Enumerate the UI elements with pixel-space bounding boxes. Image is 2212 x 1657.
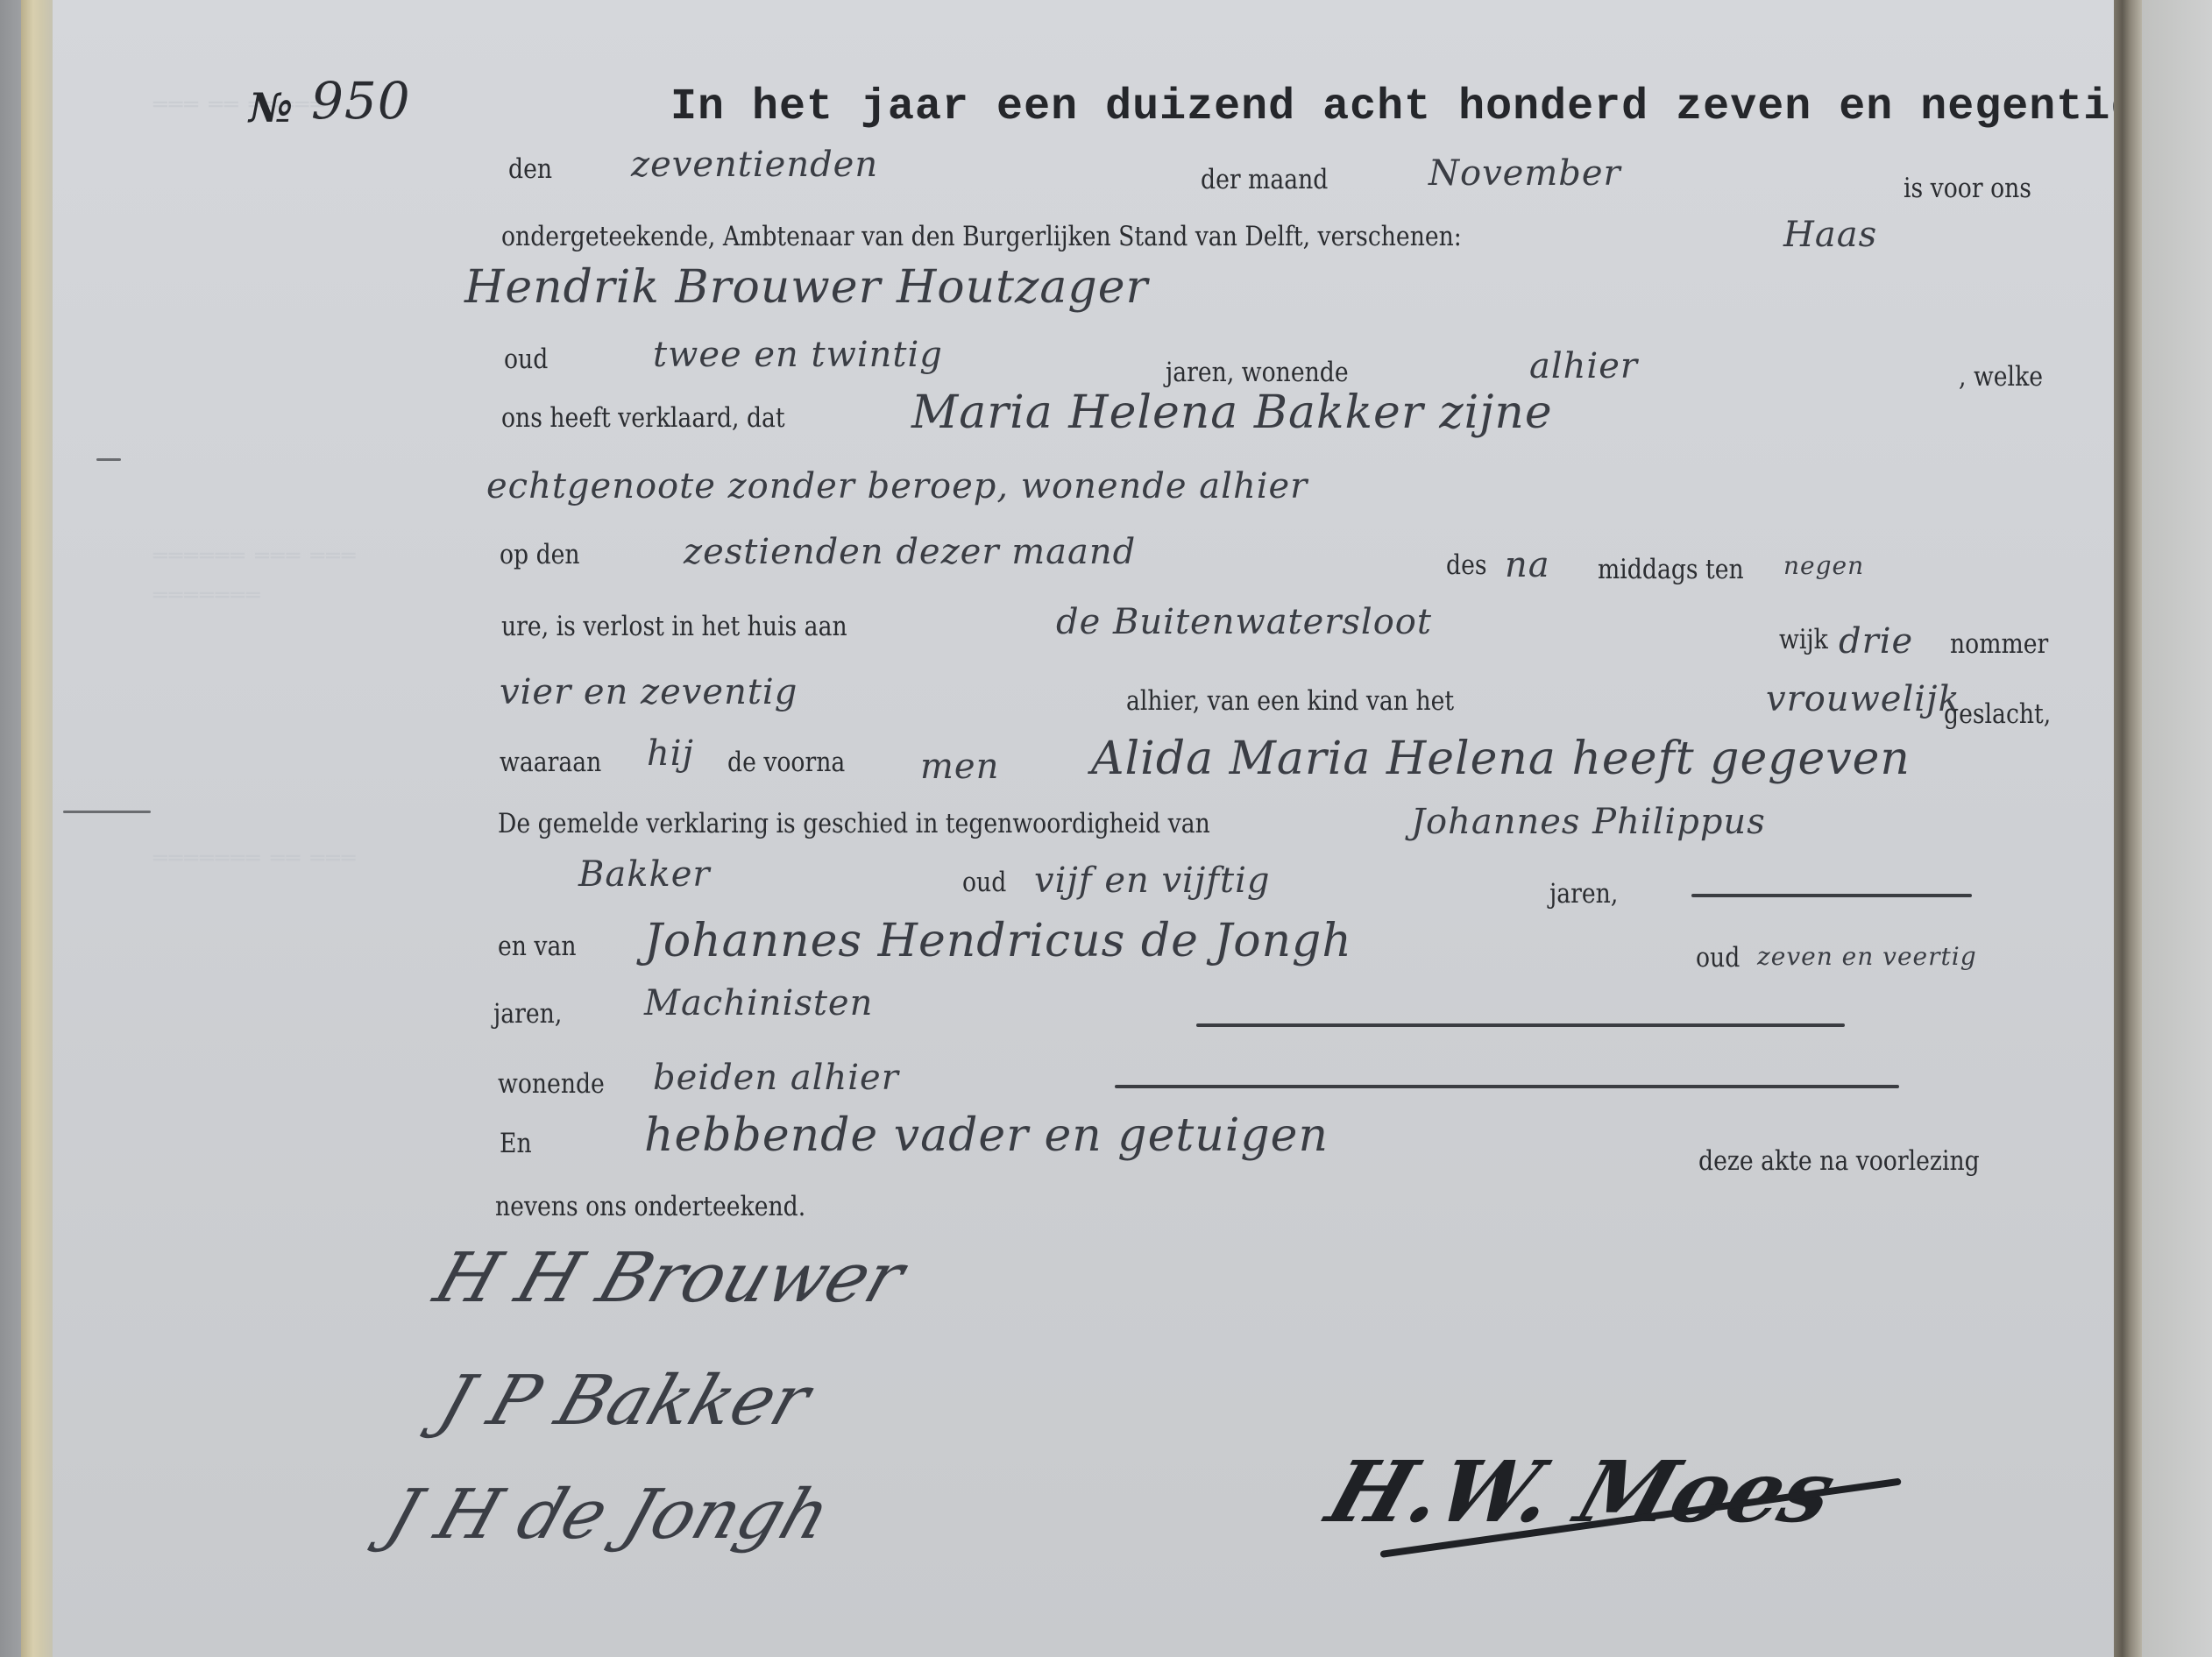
printed-text: jaren, wonende (1166, 359, 1349, 386)
handwritten-occupation: Machinisten (644, 986, 873, 1021)
handwritten-na: na (1505, 548, 1550, 583)
bleed-through-text: ══════ ═══ ═══ (153, 543, 357, 570)
printed-text: middags ten (1598, 556, 1744, 584)
printed-text: des (1446, 552, 1487, 579)
handwritten-age: twee en twintig (653, 337, 943, 372)
handwritten-witness2-name: Johannes Hendricus de Jongh (644, 918, 1352, 964)
handwritten-child-name: Alida Maria Helena heeft gegeven (1091, 736, 1911, 782)
handwritten-mother-details: echtgenoote zonder beroep, wonende alhie… (486, 469, 1308, 504)
margin-mark (63, 811, 151, 813)
handwritten-signing-parties: hebbende vader en getuigen (644, 1113, 1329, 1158)
printed-text: geslacht, (1944, 701, 2051, 728)
printed-text: wonende (498, 1071, 605, 1098)
handwritten-declarant-name: Hendrik Brouwer Houtzager (464, 265, 1148, 310)
number-label: № (249, 84, 293, 131)
handwritten-witness2-age: zeven en veertig (1757, 945, 1977, 969)
handwritten-month: November (1429, 156, 1621, 191)
handwritten-witness1-name: Johannes Philippus (1411, 804, 1766, 839)
handwritten-day: zeventienden (631, 147, 878, 182)
handwritten-ward: drie (1839, 624, 1913, 659)
page-edge (2114, 0, 2142, 1657)
printed-text: de voorna (727, 749, 845, 776)
printed-text: nommer (1950, 631, 2048, 658)
printed-text: op den (500, 542, 580, 569)
printed-text: ondergeteekende, Ambtenaar van den Burge… (501, 223, 1462, 251)
printed-text: den (508, 156, 552, 183)
book-binding-edge (21, 0, 56, 1657)
margin-mark (96, 458, 121, 461)
printed-text: alhier, van een kind van het (1126, 688, 1454, 715)
printed-text: En (500, 1130, 532, 1158)
printed-text: jaren, (493, 1001, 562, 1028)
handwritten-witness1-age: vijf en vijftig (1034, 863, 1271, 898)
printed-text: oud (962, 869, 1006, 896)
printed-text: is voor ons (1904, 175, 2031, 202)
signature-witness1: J P Bakker (431, 1367, 817, 1435)
printed-text: De gemelde verklaring is geschied in teg… (498, 811, 1210, 838)
act-number: 950 (311, 75, 411, 126)
handwritten-hij: hij (647, 736, 694, 771)
handwritten-hour: negen (1783, 554, 1864, 578)
handwritten-house-number: vier en zeventig (500, 675, 798, 710)
handwritten-mother-name: Maria Helena Bakker zijne (911, 390, 1553, 435)
printed-text: der maand (1201, 166, 1328, 194)
handwritten-witness1-surname: Bakker (578, 857, 711, 892)
handwritten-residence-witnesses: beiden alhier (653, 1060, 899, 1095)
handwritten-birth-date: zestienden dezer maand (684, 535, 1136, 570)
printed-text: nevens ons onderteekend. (495, 1193, 805, 1221)
handwritten-residence: alhier (1529, 349, 1638, 384)
handwritten-men: men (920, 749, 999, 784)
handwritten-sex: vrouwelijk (1766, 682, 1960, 717)
handwritten-street: de Buitenwatersloot (1056, 605, 1432, 640)
blank-line (1115, 1085, 1899, 1088)
blank-line (1196, 1023, 1845, 1027)
blank-line (1691, 894, 1972, 897)
handwritten-occupation-start: Haas (1783, 217, 1877, 252)
adjacent-page (2142, 0, 2212, 1657)
printed-text: deze akte na voorlezing (1698, 1148, 1980, 1175)
printed-text: wijk (1779, 627, 1828, 654)
printed-text: oud (1696, 945, 1740, 972)
signature-witness2: J H de Jongh (379, 1481, 838, 1549)
printed-text: oud (504, 346, 548, 373)
printed-text: jaren, (1549, 881, 1618, 908)
printed-text: ure, is verlost in het huis aan (501, 613, 847, 641)
bleed-through-text: ═══════ (153, 583, 262, 609)
bleed-through-text: ═══ ══ ═════ (153, 92, 326, 118)
printed-text: ons heeft verklaard, dat (501, 405, 785, 432)
signature-father: H H Brouwer (427, 1244, 911, 1313)
printed-text: , welke (1959, 364, 2043, 391)
printed-text: waaraan (500, 749, 601, 776)
bleed-through-text: ═══════ ══ ═══ (153, 846, 357, 872)
printed-text: en van (498, 933, 577, 960)
act-header: In het jaar een duizend acht honderd zev… (670, 86, 2165, 130)
